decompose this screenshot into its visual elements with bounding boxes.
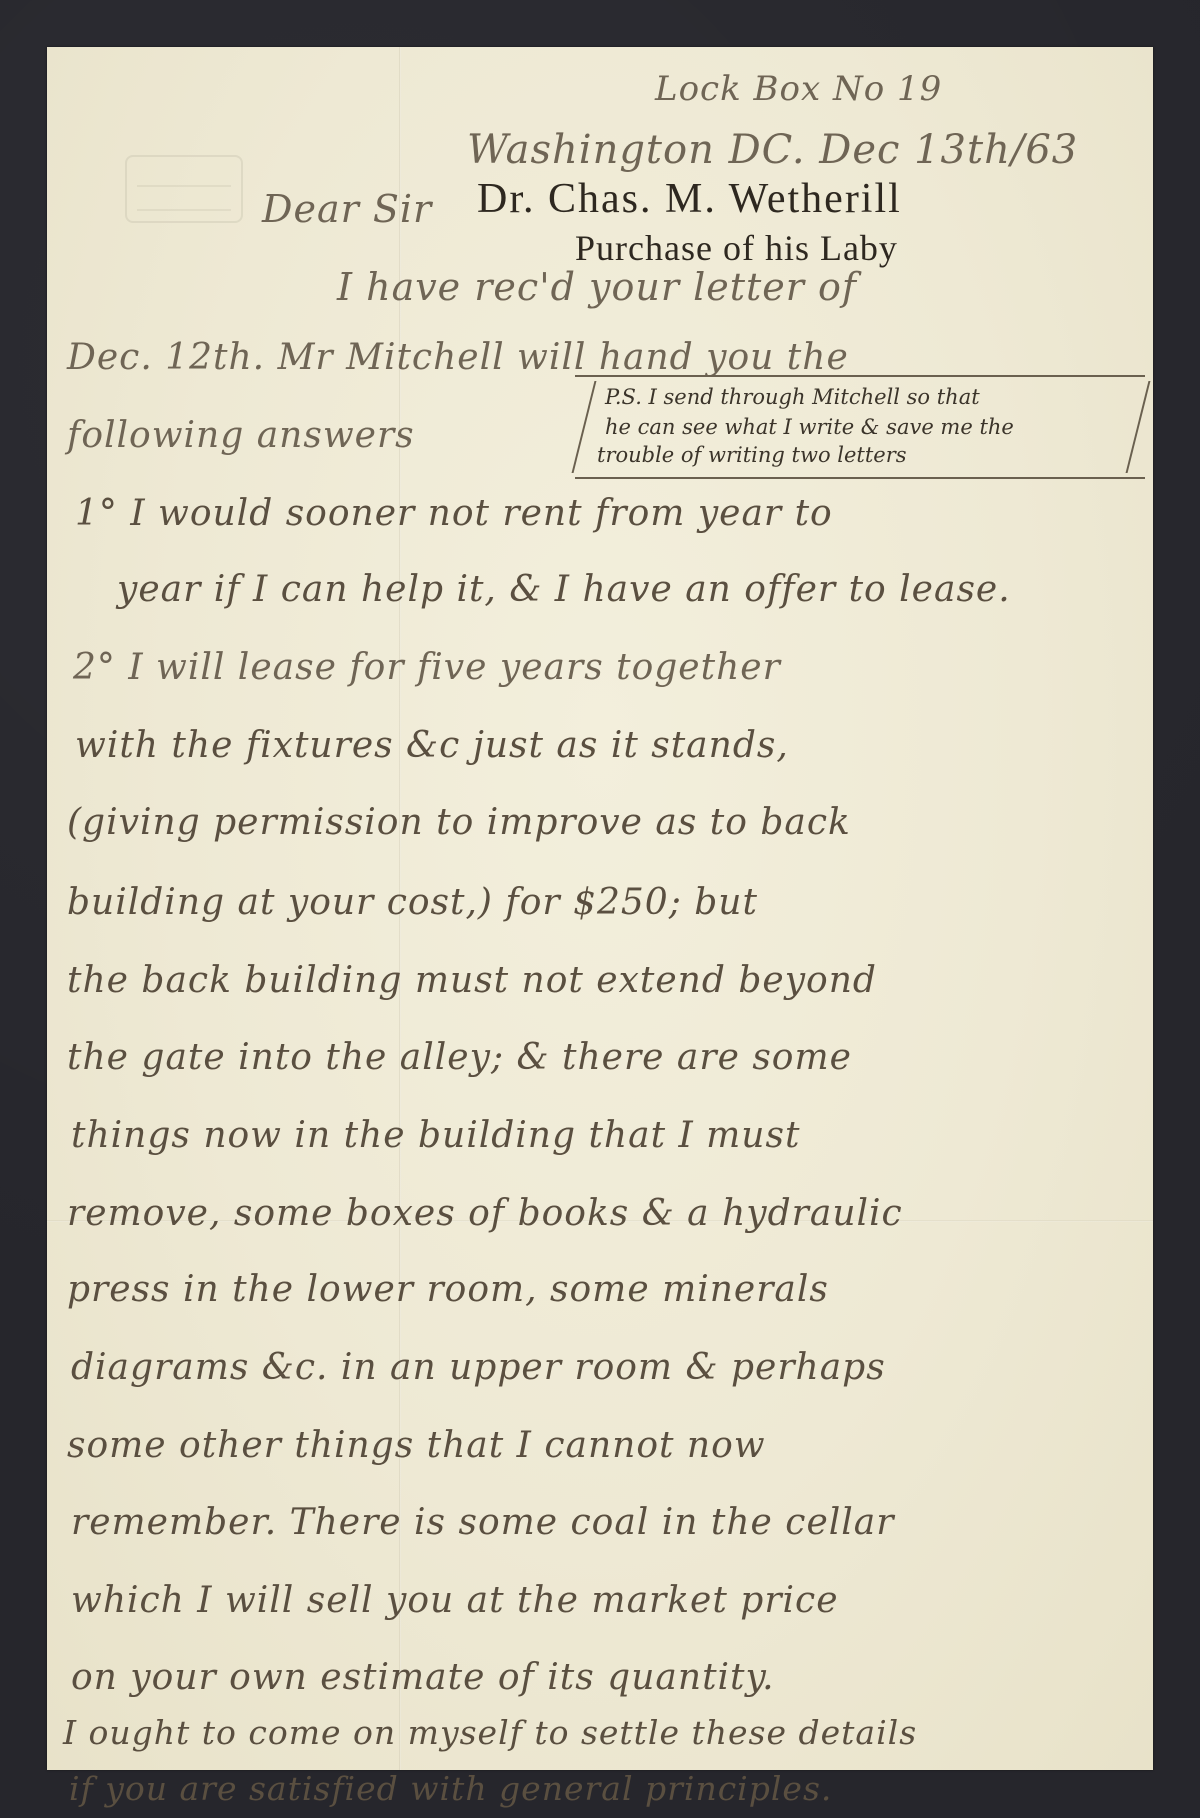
archival-subject-annotation: Purchase of his Laby xyxy=(575,227,898,269)
postscript-line: P.S. I send through Mitchell so that xyxy=(605,385,980,409)
body-line: with the fixtures &c just as it stands, xyxy=(75,725,789,766)
body-line: following answers xyxy=(67,415,415,456)
body-line: building at your cost,) for $250; but xyxy=(67,882,758,923)
body-line: 2° I will lease for five years together xyxy=(73,647,781,688)
body-line: I have rec'd your letter of xyxy=(337,265,857,309)
body-line: diagrams &c. in an upper room & perhaps xyxy=(71,1347,886,1388)
body-line: remove, some boxes of books & a hydrauli… xyxy=(67,1193,903,1234)
archival-addressee-annotation: Dr. Chas. M. Wetherill xyxy=(477,175,902,223)
body-line: 1° I would sooner not rent from year to xyxy=(75,493,833,534)
place-date-header: Washington DC. Dec 13th/63 xyxy=(467,127,1078,173)
embossed-stamp-band xyxy=(137,185,231,211)
postscript-line: he can see what I write & save me the xyxy=(605,415,1014,439)
body-line: on your own estimate of its quantity. xyxy=(71,1657,775,1698)
body-line: year if I can help it, & I have an offer… xyxy=(117,569,1011,610)
body-line: which I will sell you at the market pric… xyxy=(71,1580,839,1621)
body-line: remember. There is some coal in the cell… xyxy=(71,1502,894,1543)
body-line: press in the lower room, some minerals xyxy=(67,1269,829,1310)
letter-page: Lock Box No 19 Washington DC. Dec 13th/6… xyxy=(47,47,1153,1770)
body-line: some other things that I cannot now xyxy=(67,1425,766,1466)
body-line: the gate into the alley; & there are som… xyxy=(67,1037,852,1078)
body-line: I ought to come on myself to settle thes… xyxy=(63,1713,917,1752)
body-line: (giving permission to improve as to back xyxy=(67,802,851,843)
embossed-stamp-icon xyxy=(125,155,243,223)
postscript-box: P.S. I send through Mitchell so that he … xyxy=(575,375,1145,479)
body-line: things now in the building that I must xyxy=(71,1115,800,1156)
postscript-line: trouble of writing two letters xyxy=(597,443,907,467)
body-line: the back building must not extend beyond xyxy=(67,960,877,1001)
lock-box-header: Lock Box No 19 xyxy=(655,69,942,109)
salutation: Dear Sir xyxy=(262,187,432,231)
body-line: Dec. 12th. Mr Mitchell will hand you the xyxy=(67,337,849,378)
body-line: if you are satisfied with general princi… xyxy=(69,1769,832,1808)
